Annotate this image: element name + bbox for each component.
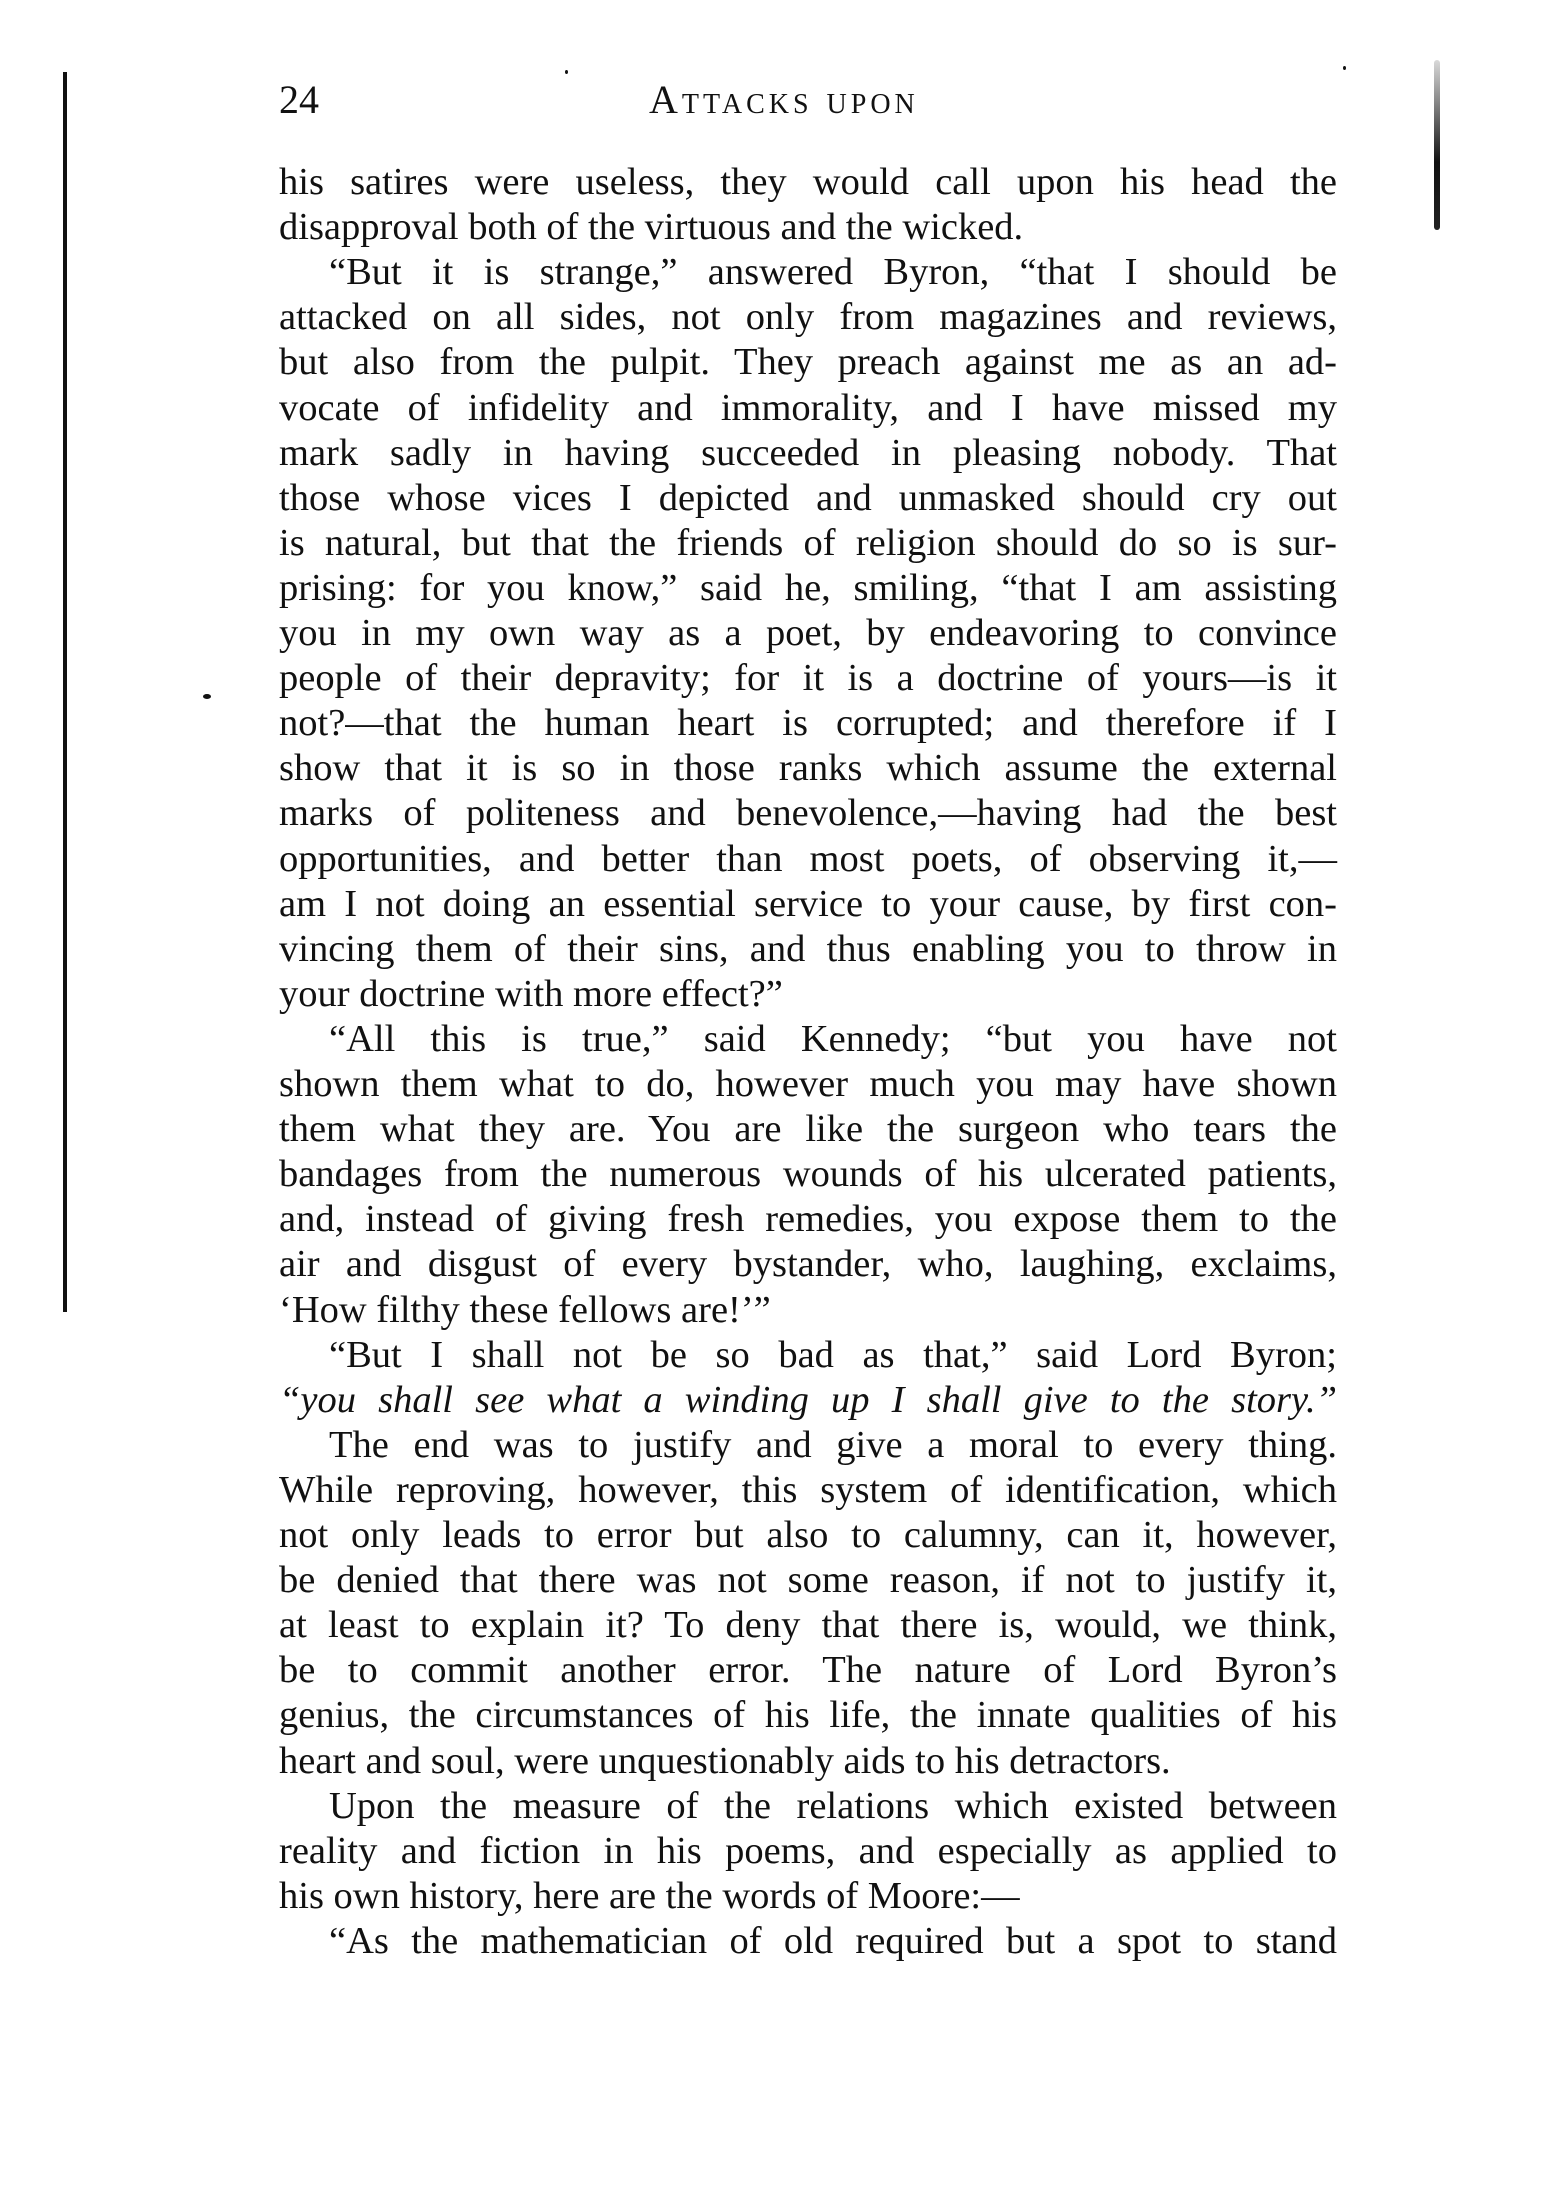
text-line: be to commit another error. The nature o… — [279, 1648, 1337, 1693]
text-line: shown them what to do, however much you … — [279, 1062, 1337, 1107]
text-line: be denied that there was not some reason… — [279, 1558, 1337, 1603]
text-line: vincing them of their sins, and thus ena… — [279, 927, 1337, 972]
text-line: those whose vices I depicted and unmaske… — [279, 476, 1337, 521]
text-line: you in my own way as a poet, by endeavor… — [279, 611, 1337, 656]
text-line: While reproving, however, this system of… — [279, 1468, 1337, 1513]
text-line: but also from the pulpit. They preach ag… — [279, 340, 1337, 385]
text-line: “All this is true,” said Kennedy; “but y… — [329, 1017, 1337, 1062]
text-line: mark sadly in having succeeded in pleasi… — [279, 431, 1337, 476]
text-line: bandages from the numerous wounds of his… — [279, 1152, 1337, 1197]
text-line: your doctrine with more effect?” — [279, 972, 1337, 1017]
text-line: “But it is strange,” answered Byron, “th… — [329, 250, 1337, 295]
text-line: air and disgust of every bystander, who,… — [279, 1242, 1337, 1287]
text-line: vocate of infidelity and immorality, and… — [279, 386, 1337, 431]
text-line: is natural, but that the friends of reli… — [279, 521, 1337, 566]
running-head-title: Attacks upon — [649, 78, 919, 122]
text-line: not?—that the human heart is corrupted; … — [279, 701, 1337, 746]
text-line: ‘How filthy these fellows are!’” — [279, 1288, 1337, 1333]
text-line: “you shall see what a winding up I shall… — [279, 1378, 1337, 1423]
ink-speck — [565, 70, 568, 74]
text-line: marks of politeness and benevolence,—hav… — [279, 791, 1337, 836]
text-line: “But I shall not be so bad as that,” sai… — [329, 1333, 1337, 1378]
text-line: “As the mathematician of old required bu… — [329, 1919, 1337, 1964]
ink-speck — [1343, 66, 1346, 70]
text-line: them what they are. You are like the sur… — [279, 1107, 1337, 1152]
text-line: prising: for you know,” said he, smiling… — [279, 566, 1337, 611]
text-line: genius, the circumstances of his life, t… — [279, 1693, 1337, 1738]
text-line: disapproval both of the virtuous and the… — [279, 205, 1337, 250]
italic-quote: “you shall see what a winding up I shall… — [279, 1378, 1337, 1423]
text-line: opportunities, and better than most poet… — [279, 837, 1337, 882]
text-line: attacked on all sides, not only from mag… — [279, 295, 1337, 340]
text-line: not only leads to error but also to calu… — [279, 1513, 1337, 1558]
text-line: his own history, here are the words of M… — [279, 1874, 1337, 1919]
text-line: heart and soul, were unquestionably aids… — [279, 1739, 1337, 1784]
binding-shadow-mark — [1434, 60, 1440, 230]
text-line: show that it is so in those ranks which … — [279, 746, 1337, 791]
text-line: his satires were useless, they would cal… — [279, 160, 1337, 205]
page-edge-rule — [63, 72, 67, 1312]
text-line: Upon the measure of the relations which … — [329, 1784, 1337, 1829]
text-line: and, instead of giving fresh remedies, y… — [279, 1197, 1337, 1242]
book-page: 24 Attacks upon his satires were useless… — [0, 0, 1547, 2200]
text-line: The end was to justify and give a moral … — [329, 1423, 1337, 1468]
page-number: 24 — [279, 78, 319, 122]
running-header: 24 Attacks upon — [279, 78, 1339, 122]
text-line: at least to explain it? To deny that the… — [279, 1603, 1337, 1648]
text-line: am I not doing an essential service to y… — [279, 882, 1337, 927]
text-line: people of their depravity; for it is a d… — [279, 656, 1337, 701]
text-line: reality and fiction in his poems, and es… — [279, 1829, 1337, 1874]
ink-speck — [203, 694, 211, 699]
